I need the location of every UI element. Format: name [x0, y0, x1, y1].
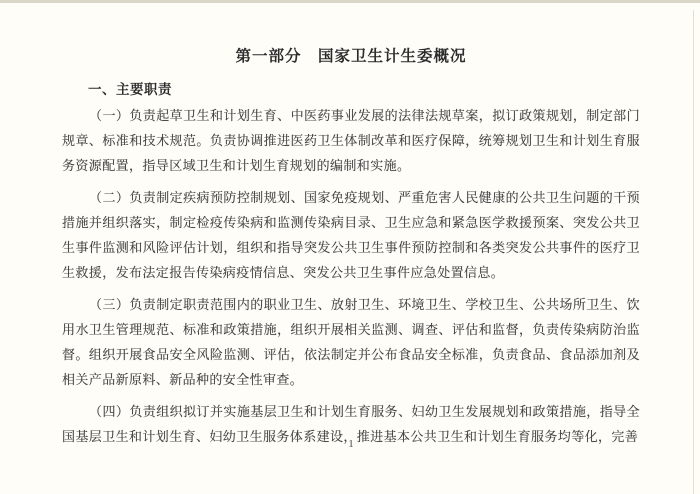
page-top-edge — [0, 0, 700, 3]
document-page: 第一部分 国家卫生计生委概况 一、主要职责 （一）负责起草卫生和计划生育、中医药… — [0, 0, 700, 494]
page-right-edge — [693, 10, 694, 494]
page-number: 1 — [62, 437, 640, 451]
body-text: （一）负责起草卫生和计划生育、中医药事业发展的法律法规草案，拟订政策规划，制定部… — [62, 103, 640, 449]
page-content: 第一部分 国家卫生计生委概况 一、主要职责 （一）负责起草卫生和计划生育、中医药… — [62, 46, 640, 449]
paragraph-1: （一）负责起草卫生和计划生育、中医药事业发展的法律法规草案，拟订政策规划，制定部… — [62, 103, 640, 178]
page-title: 第一部分 国家卫生计生委概况 — [62, 46, 640, 67]
paragraph-2: （二）负责制定疾病预防控制规划、国家免疫规划、严重危害人民健康的公共卫生问题的干… — [62, 185, 640, 285]
paragraph-3: （三）负责制定职责范围内的职业卫生、放射卫生、环境卫生、学校卫生、公共场所卫生、… — [62, 292, 640, 392]
section-heading: 一、主要职责 — [62, 81, 640, 98]
